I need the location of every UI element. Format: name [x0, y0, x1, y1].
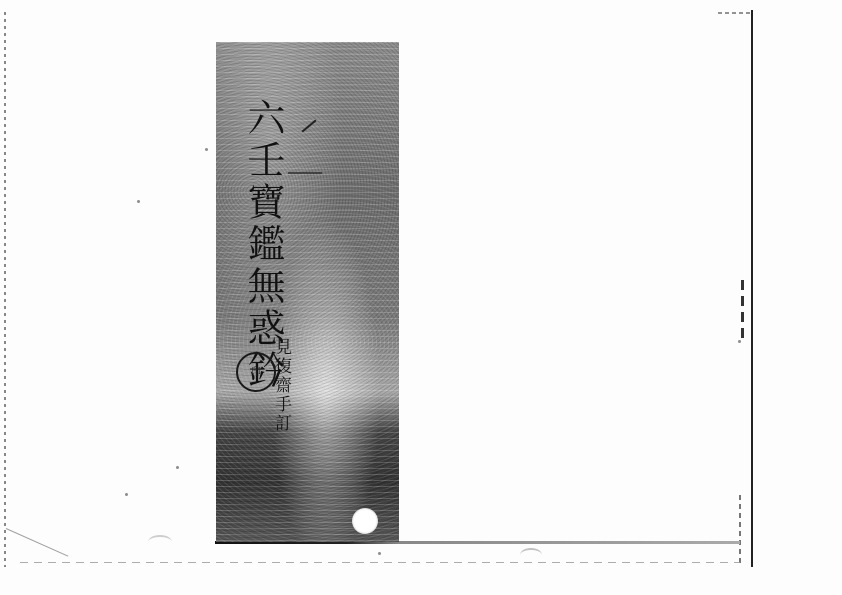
left-page-edge: [4, 12, 6, 567]
seal-text: 印: [251, 367, 261, 378]
scanned-page: 六壬寶鑑無惑鈐 印 見復齋手訂: [0, 0, 842, 595]
dust-speck: [125, 493, 128, 496]
top-edge-mark: [718, 12, 752, 14]
dust-speck: [137, 200, 140, 203]
worm-hole: [352, 508, 378, 534]
binding-stitch-marks: [741, 280, 744, 340]
dust-speck: [738, 340, 741, 343]
dust-speck: [205, 148, 208, 151]
lower-edge-mark: [739, 495, 741, 565]
binding-edge-line: [751, 10, 753, 567]
author-inscription: 見復齋手訂: [268, 338, 292, 433]
paper-wrinkle: [148, 535, 172, 549]
paper-wrinkle: [520, 548, 542, 562]
dust-speck: [378, 552, 381, 555]
dust-speck: [176, 466, 179, 469]
corner-fold-line: [6, 528, 69, 557]
ink-stroke: [288, 172, 322, 174]
bottom-page-edge: [20, 562, 740, 563]
